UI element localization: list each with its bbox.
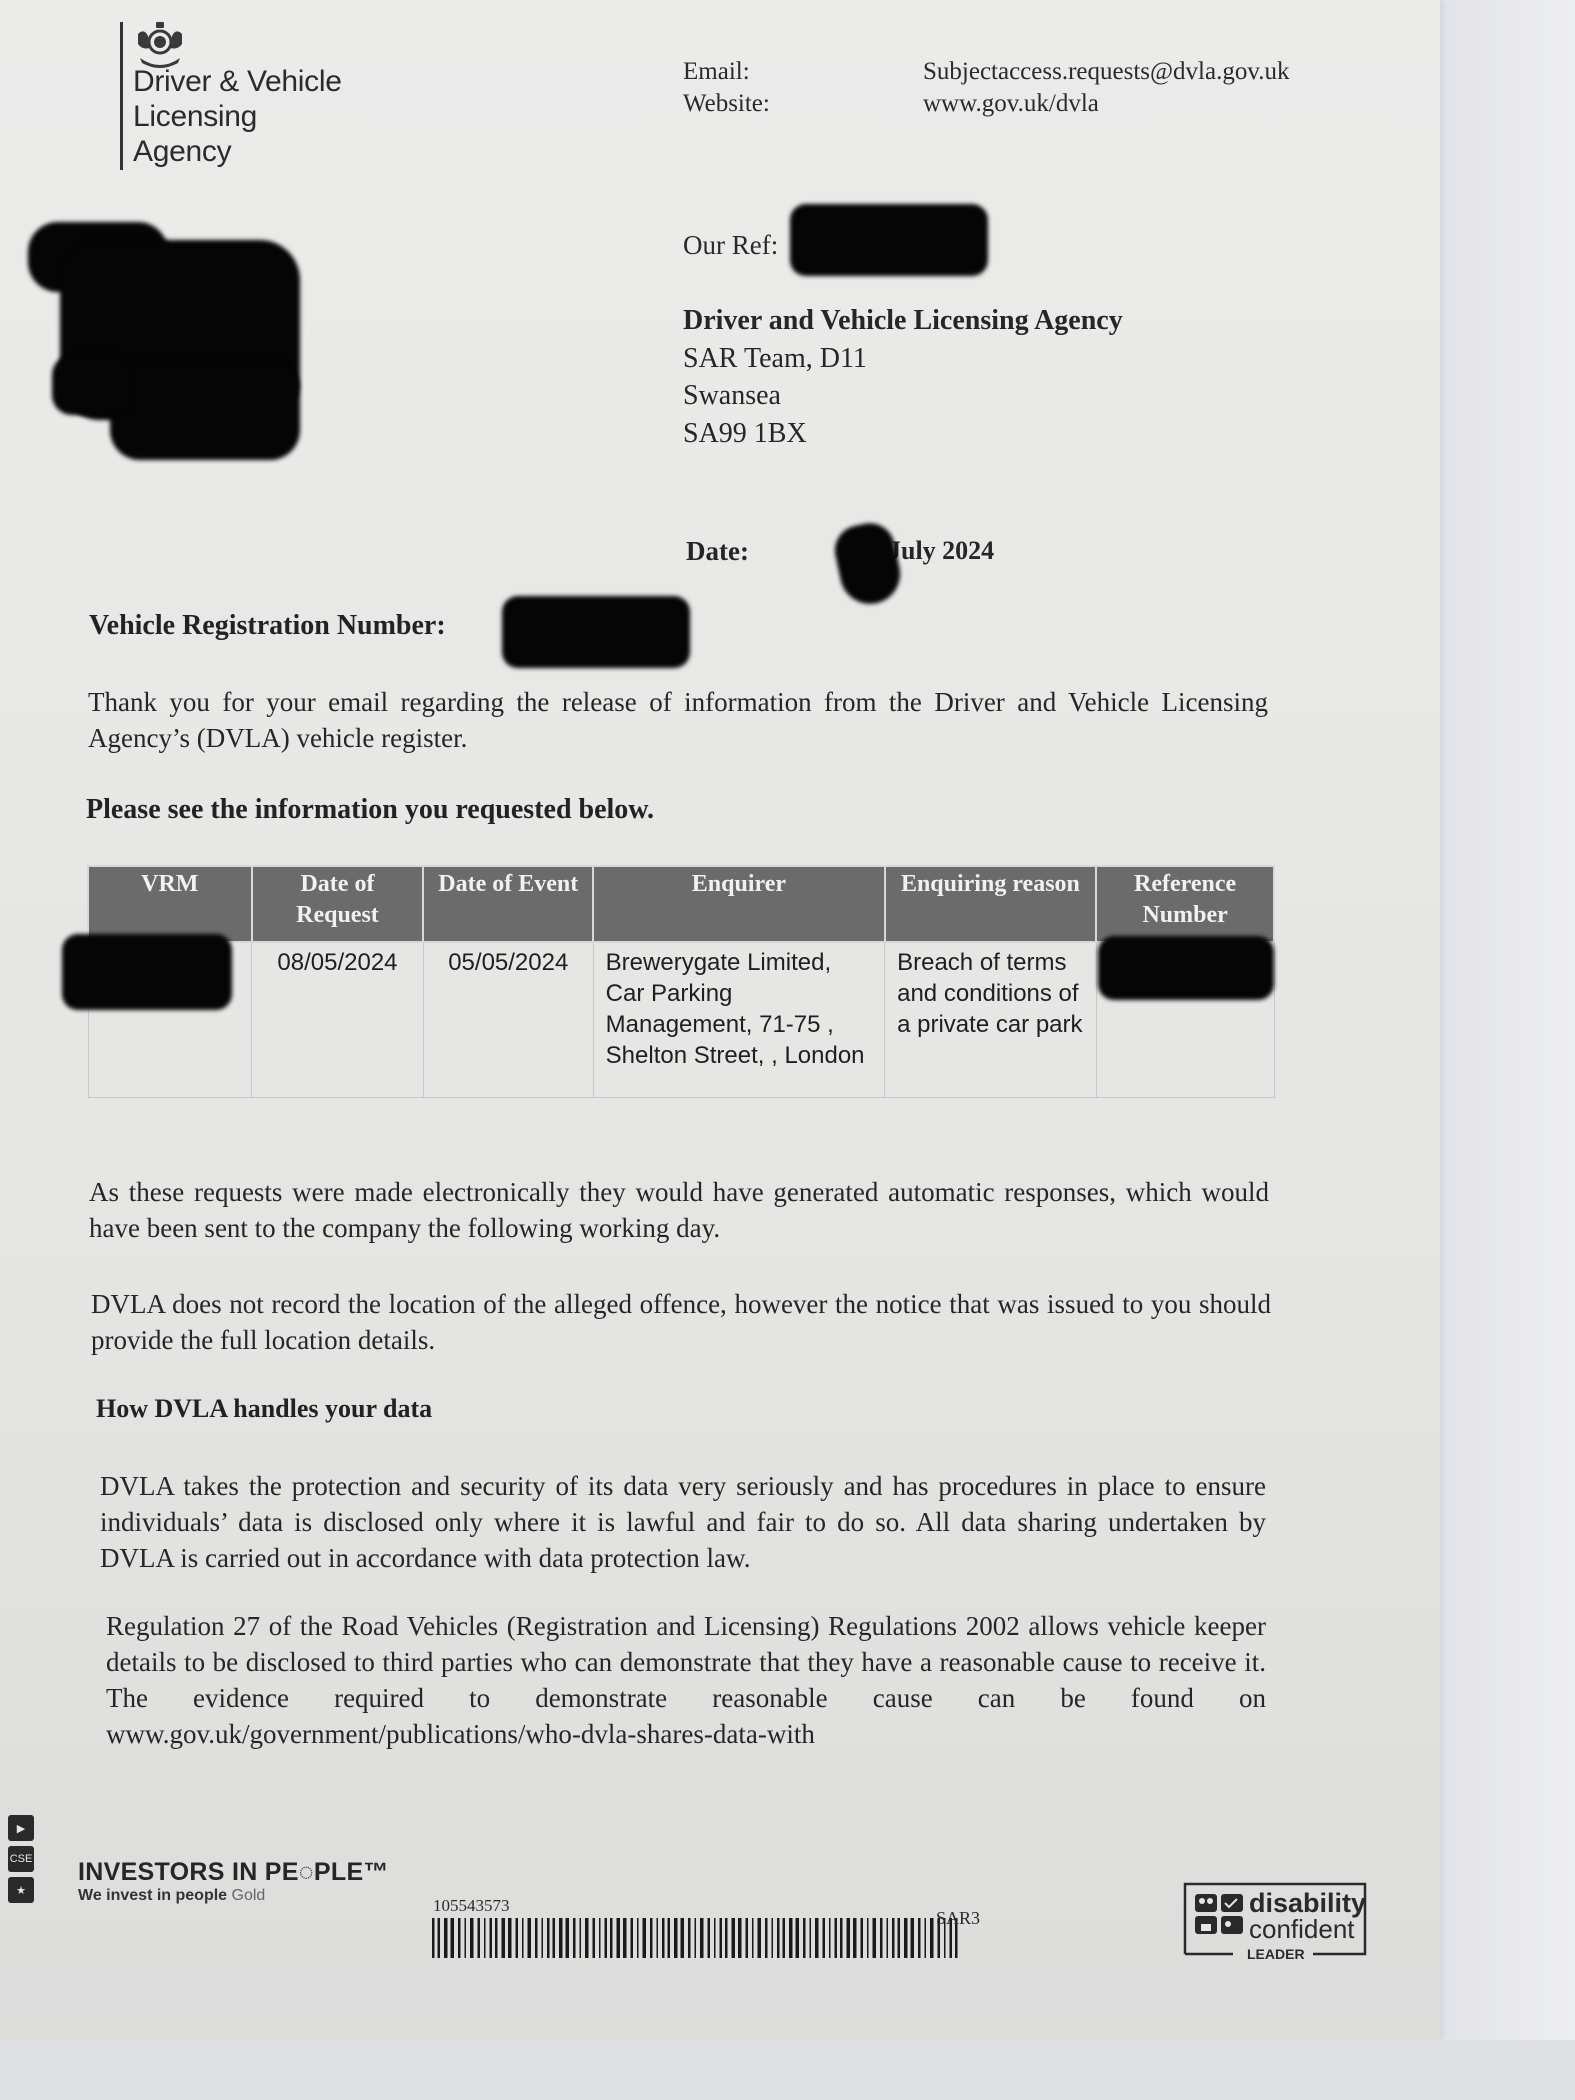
vrm-redaction — [62, 934, 232, 1010]
data-handling-heading: How DVLA handles your data — [96, 1394, 432, 1424]
automatic-responses-paragraph: As these requests were made electronical… — [89, 1174, 1269, 1246]
our-ref: Our Ref: — [683, 230, 778, 261]
letter-page: Driver & Vehicle Licensing Agency Email:… — [0, 0, 1440, 2040]
logo-line-3: Agency — [133, 134, 342, 169]
play-icon: ▶ — [8, 1815, 34, 1841]
disability-confident-logo: disability confident LEADER — [1183, 1882, 1367, 1964]
disability-text: disability — [1249, 1890, 1366, 1916]
background-surface — [1440, 0, 1575, 2100]
cell-enquiring-reason: Breach of terms and conditions of a priv… — [885, 942, 1097, 1098]
sender-address-line2: Swansea — [683, 377, 1123, 415]
form-code: SAR3 — [936, 1908, 980, 1929]
data-protection-paragraph: DVLA takes the protection and security o… — [100, 1468, 1266, 1576]
column-header-reference-number: Reference Number — [1096, 866, 1274, 942]
agency-logo-text: Driver & Vehicle Licensing Agency — [133, 64, 342, 169]
cell-date-of-request: 08/05/2024 — [252, 942, 424, 1098]
recipient-address-redaction — [110, 360, 300, 460]
logo-line-2: Licensing — [133, 99, 342, 134]
investors-title: INVESTORS IN PE◌PLE™ — [78, 1858, 389, 1887]
cse-icon: CSE — [8, 1846, 34, 1872]
table-surface — [0, 2040, 1575, 2100]
logo-divider — [120, 22, 123, 170]
investors-level: Gold — [232, 1887, 266, 1904]
investors-tagline-text: We invest in people — [78, 1887, 227, 1904]
email-label: Email: — [683, 56, 923, 88]
date-day-redaction — [830, 519, 905, 610]
website-link[interactable]: www.gov.uk/dvla — [923, 88, 1099, 120]
our-ref-label: Our Ref: — [683, 230, 778, 260]
investors-tagline: We invest in people Gold — [78, 1887, 389, 1905]
disability-level: LEADER — [1247, 1946, 1305, 1962]
sender-organisation: Driver and Vehicle Licensing Agency — [683, 302, 1123, 340]
barcode-number: 105543573 — [433, 1896, 510, 1916]
our-ref-redaction — [790, 204, 988, 276]
star-icon: ★ — [8, 1877, 34, 1903]
email-link[interactable]: Subjectaccess.requests@dvla.gov.uk — [923, 56, 1289, 88]
confident-text: confident — [1249, 1916, 1355, 1942]
table-header-row: VRM Date of Request Date of Event Enquir… — [88, 866, 1274, 942]
sender-address-line1: SAR Team, D11 — [683, 340, 1123, 378]
date-label: Date: — [686, 536, 749, 567]
website-label: Website: — [683, 88, 923, 120]
requested-info-heading: Please see the information you requested… — [86, 794, 654, 826]
sender-postcode: SA99 1BX — [683, 415, 1123, 453]
date-value: July 2024 — [888, 536, 994, 566]
contact-block: Email: Subjectaccess.requests@dvla.gov.u… — [683, 56, 1289, 120]
sender-address: Driver and Vehicle Licensing Agency SAR … — [683, 302, 1123, 452]
barcode-icon — [432, 1918, 962, 1958]
investors-in-people-logo: INVESTORS IN PE◌PLE™ We invest in people… — [78, 1858, 389, 1905]
column-header-vrm: VRM — [88, 866, 252, 942]
logo-line-1: Driver & Vehicle — [133, 64, 342, 99]
table-row: 08/05/2024 05/05/2024 Brewerygate Limite… — [88, 942, 1274, 1098]
regulation-paragraph: Regulation 27 of the Road Vehicles (Regi… — [106, 1608, 1266, 1752]
location-paragraph: DVLA does not record the location of the… — [91, 1286, 1271, 1358]
cell-date-of-event: 05/05/2024 — [423, 942, 593, 1098]
cell-enquirer: Brewerygate Limited, Car Parking Managem… — [593, 942, 884, 1098]
accreditation-icons: ▶ CSE ★ — [8, 1815, 34, 1908]
vehicle-registration-label: Vehicle Registration Number: — [89, 610, 446, 642]
enquiry-table: VRM Date of Request Date of Event Enquir… — [87, 865, 1275, 1098]
recipient-address-redaction — [52, 355, 132, 415]
vehicle-registration-redaction — [502, 596, 690, 668]
column-header-date-of-event: Date of Event — [423, 866, 593, 942]
royal-crest-icon — [132, 20, 188, 70]
intro-paragraph: Thank you for your email regarding the r… — [88, 684, 1268, 756]
column-header-enquirer: Enquirer — [593, 866, 884, 942]
column-header-enquiring-reason: Enquiring reason — [885, 866, 1097, 942]
column-header-date-of-request: Date of Request — [252, 866, 424, 942]
reference-number-redaction — [1098, 936, 1274, 1000]
